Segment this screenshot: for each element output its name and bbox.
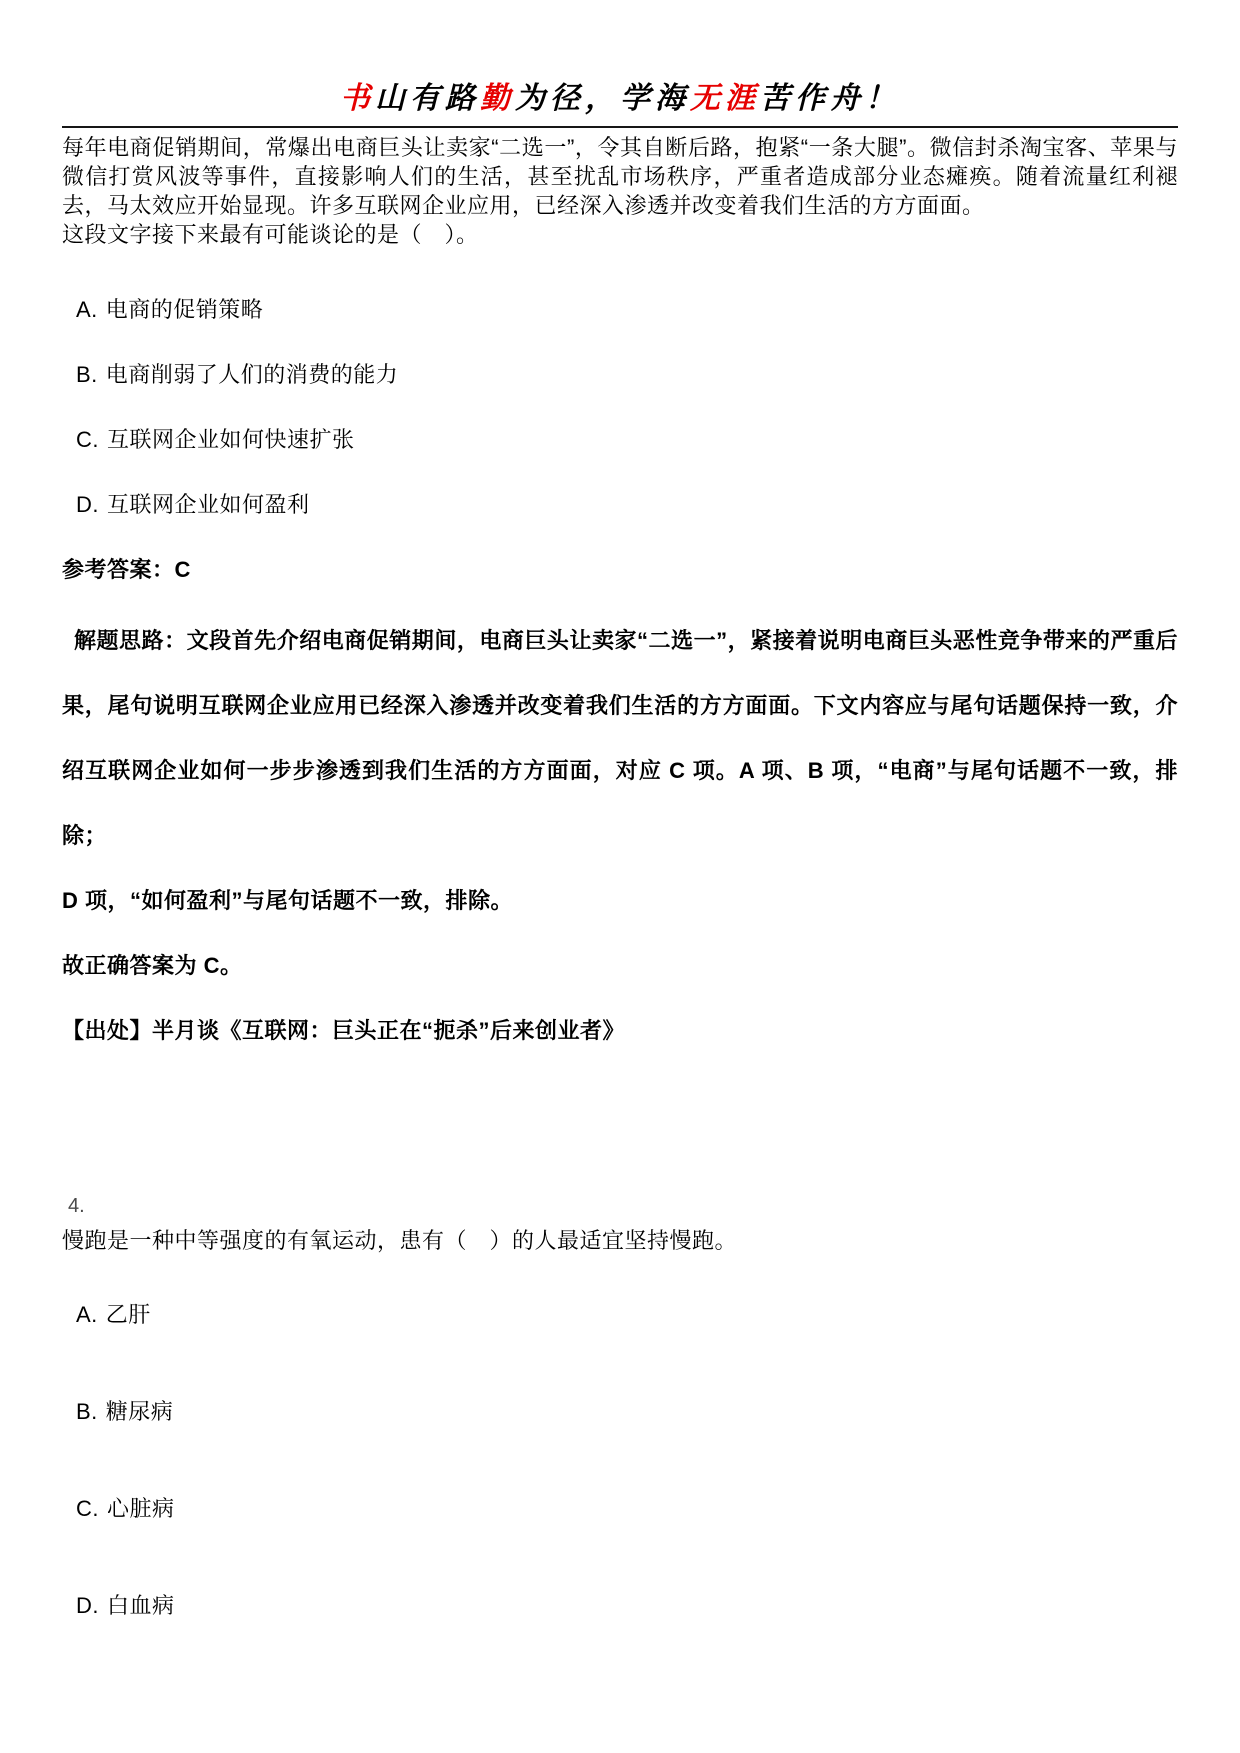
analysis-source: 【出处】半月谈《互联网：巨头正在“扼杀”后来创业者》: [62, 998, 1178, 1063]
header-divider: [62, 126, 1178, 128]
analysis-paragraph: 解题思路：文段首先介绍电商促销期间，电商巨头让卖家“二选一”，紧接着说明电商巨头…: [62, 608, 1178, 868]
option-row-d: D.白血病: [62, 1593, 1178, 1618]
option-text: 互联网企业如何快速扩张: [107, 427, 355, 452]
option-row-d: D.互联网企业如何盈利: [62, 492, 1178, 517]
motto-segment: 学海: [620, 81, 690, 116]
question4-stem: 慢跑是一种中等强度的有氧运动，患有（ ）的人最适宜坚持慢跑。: [62, 1227, 1178, 1255]
analysis-paragraph: D 项，“如何盈利”与尾句话题不一致，排除。: [62, 868, 1178, 933]
motto-segment: 山有路: [375, 81, 480, 116]
motto-segment: 为径，: [515, 81, 620, 116]
option-text: 乙肝: [106, 1302, 151, 1327]
option-row-b: B.电商削弱了人们的消费的能力: [62, 362, 1178, 387]
option-text: 互联网企业如何盈利: [107, 492, 310, 517]
option-row-c: C.互联网企业如何快速扩张: [62, 427, 1178, 452]
question4-number: 4.: [62, 1194, 1178, 1218]
motto-segment: 勤: [480, 81, 515, 116]
option-text: 糖尿病: [106, 1399, 174, 1424]
motto-segment: 苦作舟！: [760, 81, 900, 116]
option-label: D.: [76, 492, 99, 517]
option-text: 电商削弱了人们的消费的能力: [106, 362, 399, 387]
option-row-b: B.糖尿病: [62, 1399, 1178, 1424]
option-text: 白血病: [107, 1593, 175, 1618]
option-text: 电商的促销策略: [106, 297, 264, 322]
exam-page: 书山有路勤为径，学海无涯苦作舟！ 每年电商促销期间，常爆出电商巨头让卖家“二选一…: [0, 0, 1240, 1618]
question3-options: A.电商的促销策略 B.电商削弱了人们的消费的能力 C.互联网企业如何快速扩张 …: [62, 297, 1178, 517]
option-label: C.: [76, 1496, 99, 1521]
motto-segment: 书: [340, 81, 375, 116]
option-label: A.: [76, 1302, 98, 1327]
option-label: D.: [76, 1593, 99, 1618]
question4-options: A.乙肝 B.糖尿病 C.心脏病 D.白血病: [62, 1302, 1178, 1618]
option-label: C.: [76, 427, 99, 452]
page-header-motto: 书山有路勤为径，学海无涯苦作舟！: [62, 0, 1178, 116]
answer-analysis: 解题思路：文段首先介绍电商促销期间，电商巨头让卖家“二选一”，紧接着说明电商巨头…: [62, 608, 1178, 1063]
option-label: B.: [76, 1399, 98, 1424]
analysis-paragraph: 故正确答案为 C。: [62, 933, 1178, 998]
question3-stem: 这段文字接下来最有可能谈论的是（ ）。: [62, 220, 1178, 249]
option-row-a: A.电商的促销策略: [62, 297, 1178, 322]
reference-answer: 参考答案：C: [62, 557, 1178, 583]
option-text: 心脏病: [107, 1496, 175, 1521]
option-label: B.: [76, 362, 98, 387]
question3-passage: 每年电商促销期间，常爆出电商巨头让卖家“二选一”，令其自断后路，抱紧“一条大腿”…: [62, 133, 1178, 220]
motto-segment: 无涯: [690, 81, 760, 116]
option-row-a: A.乙肝: [62, 1302, 1178, 1327]
option-label: A.: [76, 297, 98, 322]
option-row-c: C.心脏病: [62, 1496, 1178, 1521]
